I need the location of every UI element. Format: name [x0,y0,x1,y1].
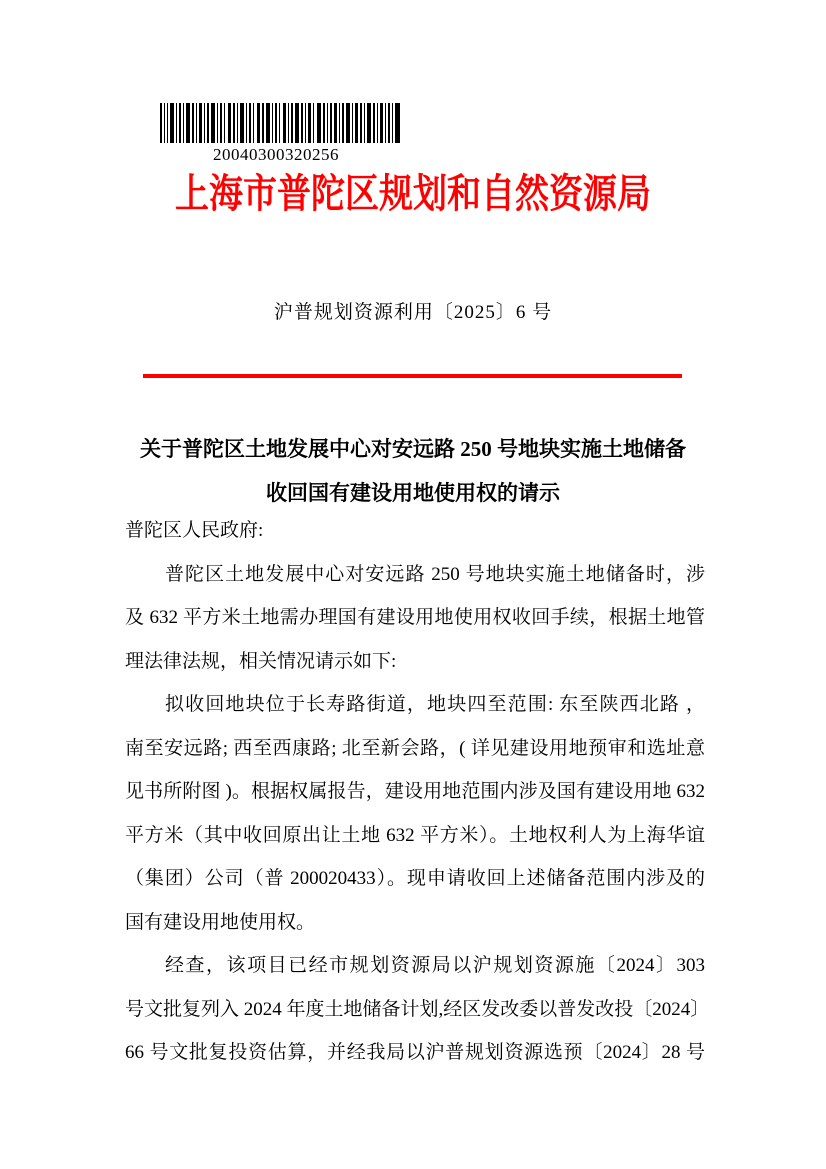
body-line: 理法律法规，相关情况请示如下: [125,640,705,684]
document-title: 关于普陀区土地发展中心对安远路 250 号地块实施土地储备 收回国有建设用地使用… [123,427,703,515]
body-line: 国有建设用地使用权。 [125,901,705,945]
body-line: 66 号文批复投资估算，并经我局以沪普规划资源选预〔2024〕28 号 [125,1031,705,1075]
document-title-line-1: 关于普陀区土地发展中心对安远路 250 号地块实施土地储备 [123,427,703,471]
body-line: 及 632 平方米土地需办理国有建设用地使用权收回手续，根据土地管 [125,596,705,640]
salutation: 普陀区人民政府: [125,509,705,553]
document-reference-number: 沪普规划资源利用〔2025〕6 号 [0,298,826,328]
document-body: 普陀区人民政府: 普陀区土地发展中心对安远路 250 号地块实施土地储备时，涉 … [125,509,705,1075]
body-line: 号文批复列入 2024 年度土地储备计划,经区发改委以普发改投〔2024〕 [125,988,705,1032]
issuing-authority-text: 上海市普陀区规划和自然资源局 [175,170,651,218]
body-line: （集团）公司（普 200020433）。现申请收回上述储备范围内涉及的 [125,857,705,901]
body-line: 平方米（其中收回原出让土地 632 平方米）。土地权利人为上海华谊 [125,814,705,858]
body-line: 拟收回地块位于长寿路街道，地块四至范围: 东至陕西北路 ， [125,683,705,727]
document-page: 20040300320256 上海市普陀区规划和自然资源局 沪普规划资源利用〔2… [0,0,826,1169]
body-line: 南至安远路; 西至西康路; 北至新会路，( 详见建设用地预审和选址意 [125,727,705,771]
body-line: 普陀区土地发展中心对安远路 250 号地块实施土地储备时，涉 [125,553,705,597]
body-line: 见书所附图 )。根据权属报告，建设用地范围内涉及国有建设用地 632 [125,770,705,814]
red-divider-line [143,374,682,378]
barcode-icon [160,103,400,143]
issuing-authority-title: 上海市普陀区规划和自然资源局 [0,170,826,218]
body-line: 经查，该项目已经市规划资源局以沪规划资源施〔2024〕303 [125,944,705,988]
barcode-number: 20040300320256 [213,144,339,166]
